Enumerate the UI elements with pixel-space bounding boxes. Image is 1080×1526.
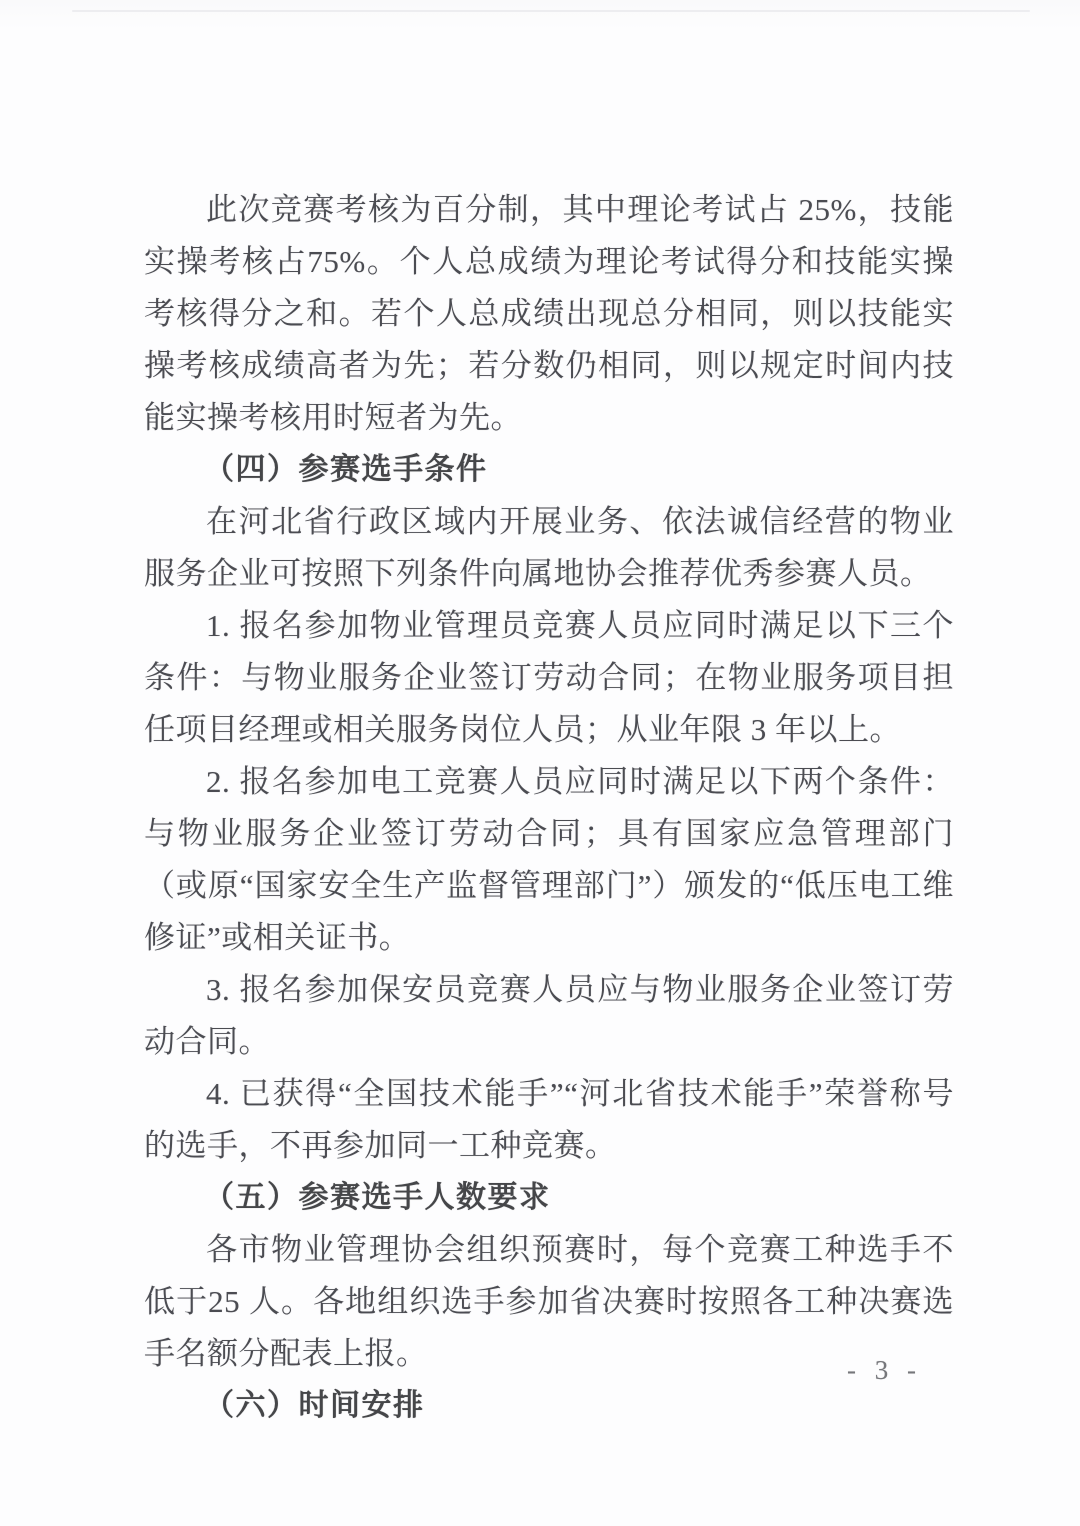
page-number: - 3 - xyxy=(847,1350,922,1390)
document-body: 此次竞赛考核为百分制，其中理论考试占 25%，技能实操考核占75%。个人总成绩为… xyxy=(144,184,954,1432)
paragraph-condition-property-manager: 1. 报名参加物业管理员竞赛人员应同时满足以下三个条件：与物业服务企业签订劳动合… xyxy=(144,600,954,756)
document-page: 此次竞赛考核为百分制，其中理论考试占 25%，技能实操考核占75%。个人总成绩为… xyxy=(0,0,1080,1526)
paragraph-condition-electrician: 2. 报名参加电工竞赛人员应同时满足以下两个条件：与物业服务企业签订劳动合同；具… xyxy=(144,756,954,964)
paragraph-contestant-count-requirement: 各市物业管理协会组织预赛时，每个竞赛工种选手不低于25 人。各地组织选手参加省决… xyxy=(144,1224,954,1380)
scan-artifact-line xyxy=(72,10,1030,12)
paragraph-condition-security-guard: 3. 报名参加保安员竞赛人员应与物业服务企业签订劳动合同。 xyxy=(144,964,954,1068)
paragraph-conditions-intro: 在河北省行政区域内开展业务、依法诚信经营的物业服务企业可按照下列条件向属地协会推… xyxy=(144,496,954,600)
paragraph-condition-honor-title: 4. 已获得“全国技术能手”“河北省技术能手”荣誉称号的选手，不再参加同一工种竞… xyxy=(144,1068,954,1172)
paragraph-scoring-method: 此次竞赛考核为百分制，其中理论考试占 25%，技能实操考核占75%。个人总成绩为… xyxy=(144,184,954,444)
section-heading-schedule: （六）时间安排 xyxy=(144,1380,954,1432)
section-heading-contestant-conditions: （四）参赛选手条件 xyxy=(144,444,954,496)
section-heading-contestant-count: （五）参赛选手人数要求 xyxy=(144,1172,954,1224)
